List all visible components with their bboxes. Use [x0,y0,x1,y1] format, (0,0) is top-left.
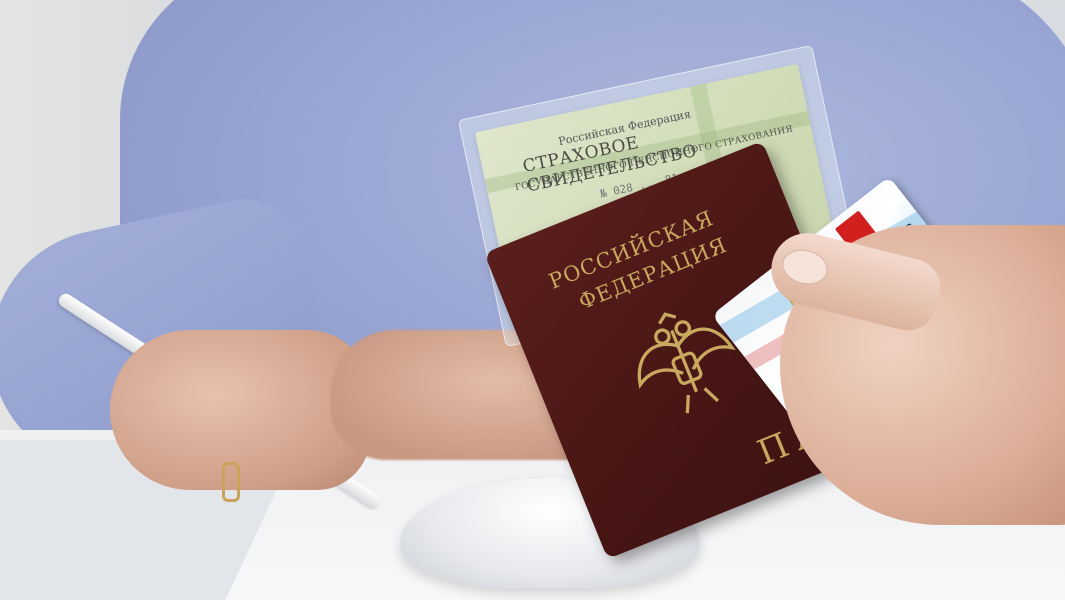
ring [222,462,240,502]
